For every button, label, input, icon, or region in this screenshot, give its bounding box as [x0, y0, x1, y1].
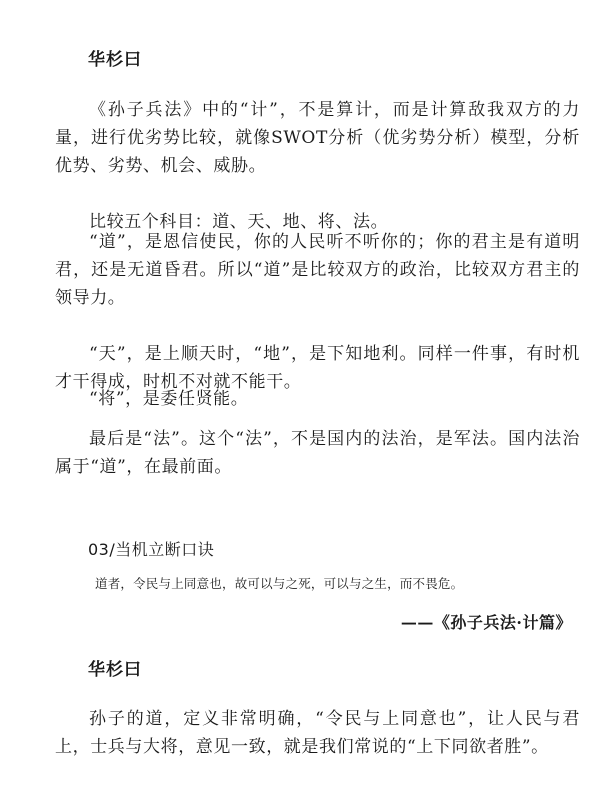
paragraph: “将”，是委任贤能。 — [55, 385, 580, 413]
section-title: 03/当机立断口诀 — [88, 537, 214, 563]
quote-source: ——《孙子兵法·计篇》 — [401, 611, 572, 635]
classical-quote: 道者，令民与上同意也，故可以与之死，可以与之生，而不畏危。 — [95, 574, 463, 594]
paragraph: “道”，是恩信使民，你的人民听不听你的；你的君主是有道明君，还是无道昏君。所以“… — [55, 228, 580, 312]
author-heading: 华杉曰 — [88, 656, 142, 684]
author-heading: 华杉曰 — [88, 46, 142, 74]
document-page: 华杉曰 《孙子兵法》中的“计”，不是算计，而是计算敌我双方的力量，进行优劣势比较… — [0, 0, 600, 800]
paragraph: 最后是“法”。这个“法”，不是国内的法治，是军法。国内法治属于“道”，在最前面。 — [55, 425, 580, 481]
paragraph: 孙子的道，定义非常明确，“令民与上同意也”，让人民与君上，士兵与大将，意见一致，… — [55, 705, 580, 761]
paragraph: 《孙子兵法》中的“计”，不是算计，而是计算敌我双方的力量，进行优劣势比较，就像S… — [55, 96, 580, 180]
